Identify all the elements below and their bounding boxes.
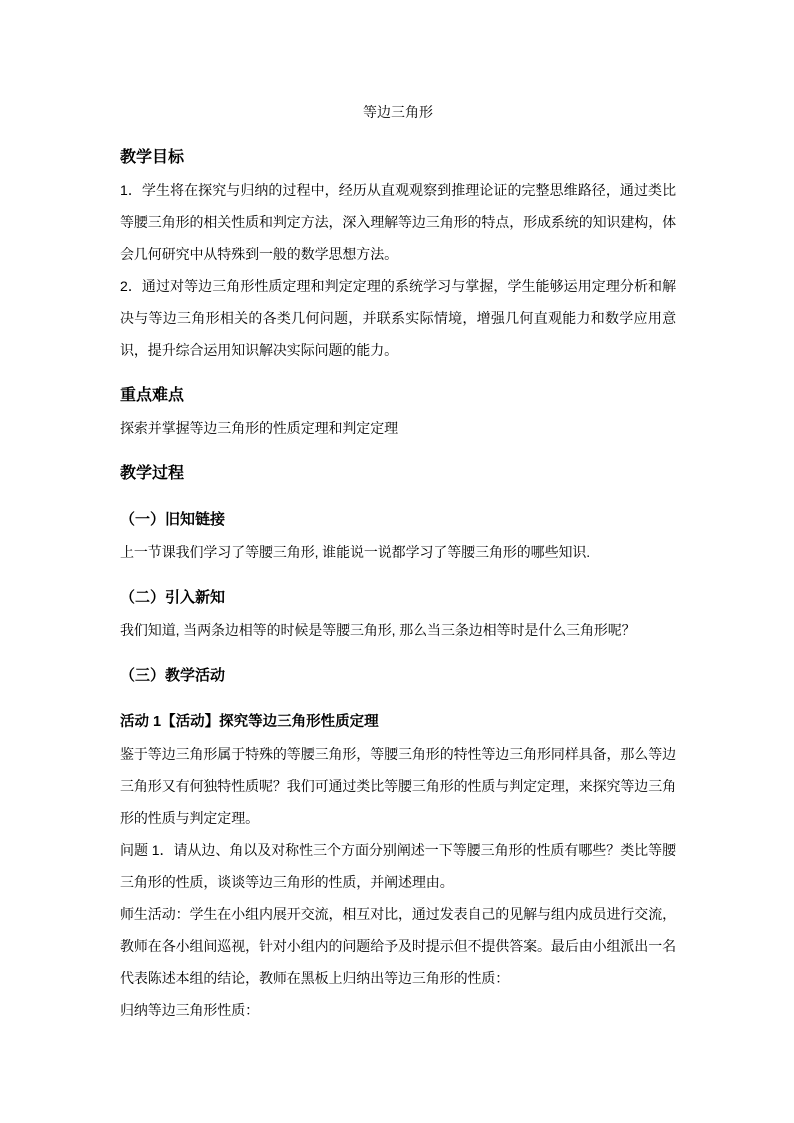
paragraph-summary-properties: 归纳等边三角形性质： <box>120 994 676 1026</box>
heading-activity-1: 活动 1【活动】探究等边三角形性质定理 <box>120 706 676 738</box>
paragraph-goal-1: 1．学生将在探究与归纳的过程中，经历从直观观察到推理论证的完整思维路径，通过类比… <box>120 174 676 270</box>
subheading-teaching-activity: （三）教学活动 <box>120 660 676 692</box>
subheading-old-knowledge: （一）旧知链接 <box>120 504 676 536</box>
paragraph-old-knowledge: 上一节课我们学习了等腰三角形, 谁能说一说都学习了等腰三角形的哪些知识. <box>120 536 676 568</box>
paragraph-goal-2: 2．通过对等边三角形性质定理和判定定理的系统学习与掌握，学生能够运用定理分析和解… <box>120 270 676 366</box>
paragraph-new-knowledge: 我们知道, 当两条边相等的时候是等腰三角形, 那么当三条边相等时是什么三角形呢？ <box>120 614 676 646</box>
paragraph-question-1: 问题 1．请从边、角以及对称性三个方面分别阐述一下等腰三角形的性质有哪些？类比等… <box>120 834 676 898</box>
paragraph-activity-intro: 鉴于等边三角形属于特殊的等腰三角形，等腰三角形的特性等边三角形同样具备，那么等边… <box>120 738 676 834</box>
subheading-new-knowledge: （二）引入新知 <box>120 582 676 614</box>
heading-key-difficulties: 重点难点 <box>120 380 676 412</box>
document-page: 等边三角形 教学目标 1．学生将在探究与归纳的过程中，经历从直观观察到推理论证的… <box>0 0 794 1123</box>
doc-title: 等边三角形 <box>120 96 676 128</box>
heading-teaching-goals: 教学目标 <box>120 142 676 174</box>
heading-teaching-process: 教学过程 <box>120 458 676 490</box>
paragraph-key-difficulties: 探索并掌握等边三角形的性质定理和判定定理 <box>120 412 676 444</box>
paragraph-teacher-student-activity: 师生活动：学生在小组内展开交流，相互对比，通过发表自己的见解与组内成员进行交流，… <box>120 898 676 994</box>
